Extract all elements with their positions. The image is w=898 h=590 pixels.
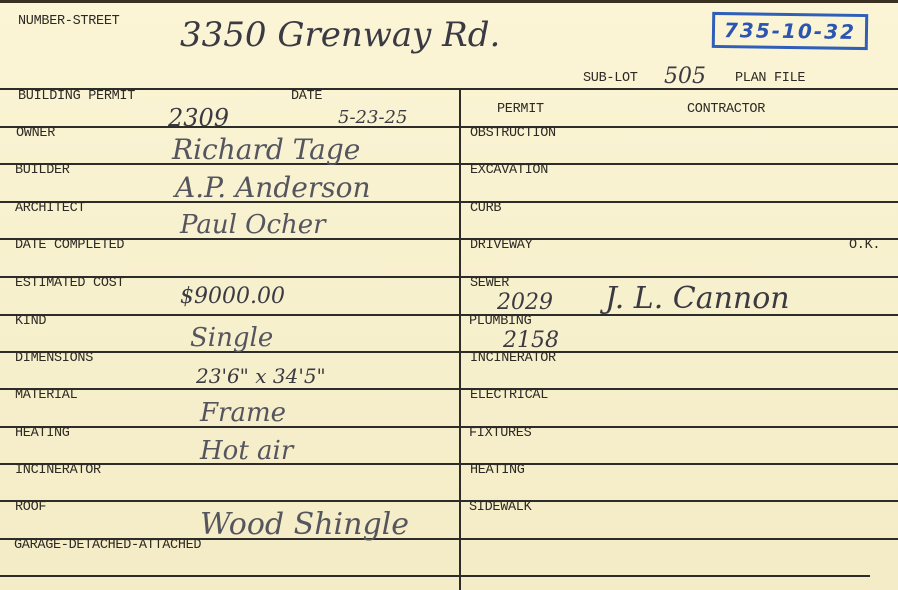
builder-value: A.P. Anderson [175,174,370,202]
rule [0,201,898,203]
building-permit-card: NUMBER-STREET 3350 Grenway Rd. 735-10-32… [0,0,898,590]
driveway-label: DRIVEWAY [470,239,532,253]
estimated-cost-value: $9000.00 [180,286,285,308]
material-value: Frame [200,400,286,426]
plumbing-label: PLUMBING [469,315,531,329]
owner-value: Richard Tage [172,136,360,164]
rule [0,463,898,465]
rule [0,238,898,240]
rule [0,426,898,428]
rule [0,351,898,353]
obstruction-label: OBSTRUCTION [470,127,556,141]
contractor-column-header: CONTRACTOR [687,103,765,117]
kind-label: KIND [15,315,46,329]
rule [0,388,898,390]
driveway-ok-note: O.K. [849,239,880,253]
incinerator-permit-label: INCINERATOR [470,352,556,366]
fixtures-label: FIXTURES [469,427,531,441]
garage-label: GARAGE-DETACHED-ATTACHED [14,539,201,553]
architect-label: ARCHITECT [15,202,85,216]
electrical-label: ELECTRICAL [470,389,548,403]
sidewalk-label: SIDEWALK [469,501,531,515]
kind-value: Single [190,325,273,351]
architect-value: Paul Ocher [180,212,326,238]
permit-column-header: PERMIT [497,103,544,117]
dimensions-label: DIMENSIONS [15,352,93,366]
estimated-cost-label: ESTIMATED COST [15,277,124,291]
rule [0,500,898,502]
building-permit-label: BUILDING PERMIT [18,90,135,104]
owner-label: OWNER [16,127,55,141]
plan-file-label: PLAN FILE [735,72,805,86]
rule [0,575,870,577]
rule [0,126,898,128]
sub-lot-label: SUB-LOT [583,72,638,86]
heating-label: HEATING [15,427,70,441]
roof-value: Wood Shingle [200,510,409,540]
dimensions-value: 23'6" x 34'5" [196,366,326,386]
heating-value: Hot air [200,438,293,464]
excavation-label: EXCAVATION [470,164,548,178]
date-label: DATE [291,90,322,104]
card-top-edge [0,0,898,3]
builder-label: BUILDER [15,164,70,178]
incinerator-label: INCINERATOR [15,464,101,478]
curb-label: CURB [470,202,501,216]
rule [0,276,898,278]
sub-lot-value: 505 [664,66,706,88]
sewer-label: SEWER [470,277,509,291]
roof-label: ROOF [15,501,46,515]
sewer-permit-value: 2029 [497,292,553,314]
file-number-stamp: 735-10-32 [712,12,868,50]
number-street-label: NUMBER-STREET [18,15,119,29]
plumbing-permit-value: 2158 [503,330,559,352]
number-street-value: 3350 Grenway Rd. [180,18,500,52]
heating-permit-label: HEATING [470,464,525,478]
sewer-contractor-value: J. L. Cannon [605,284,790,314]
rule [0,163,898,165]
material-label: MATERIAL [15,389,77,403]
date-completed-label: DATE COMPLETED [15,239,124,253]
date-value: 5-23-25 [338,109,407,127]
